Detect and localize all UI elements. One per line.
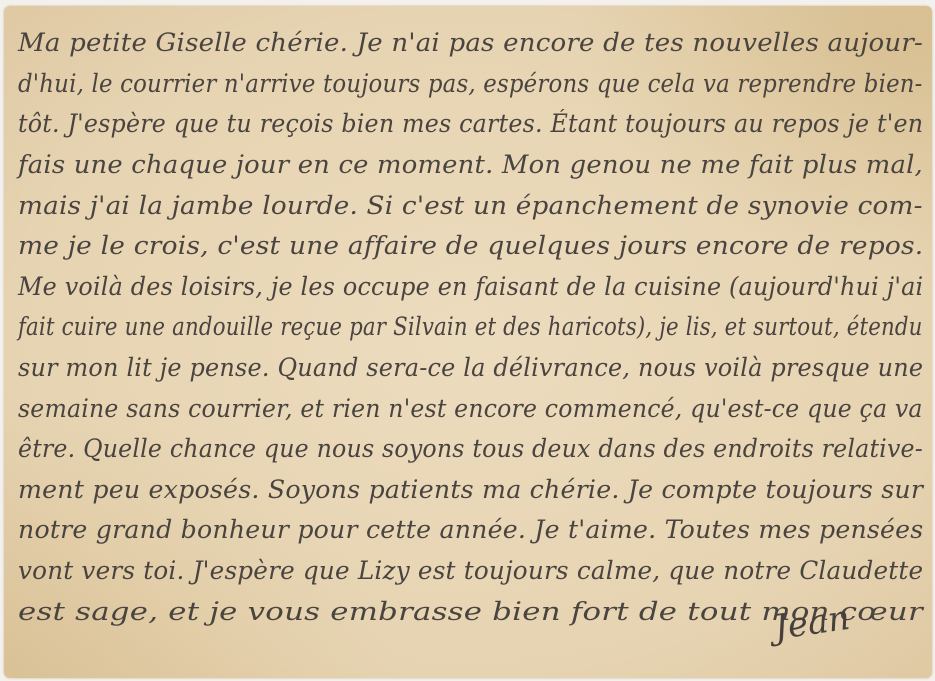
letter-line-13: notre grand bonheur pour cette année. Je… [18,515,923,544]
letter-line-2: d'hui, le courrier n'arrive toujours pas… [18,69,923,98]
letter-line-9: sur mon lit je pense. Quand sera-ce la d… [18,353,923,382]
letter-line-7: Me voilà des loisirs, je les occupe en f… [18,272,923,301]
letter-line-8: fait cuire une andouille reçue par Silva… [18,312,923,341]
letter-line-5: mais j'ai la jambe lourde. Si c'est un é… [18,191,923,220]
postcard: Ma petite Giselle chérie. Je n'ai pas en… [4,6,932,678]
letter-line-1: Ma petite Giselle chérie. Je n'ai pas en… [18,28,923,57]
letter-line-4: fais une chaque jour en ce moment. Mon g… [18,150,923,179]
letter-line-12: ment peu exposés. Soyons patients ma ché… [18,475,923,504]
letter-line-10: semaine sans courrier, et rien n'est enc… [18,394,923,423]
letter-line-11: être. Quelle chance que nous soyons tous… [18,434,923,463]
letter-line-14: vont vers toi. J'espère que Lizy est tou… [18,556,923,585]
letter-line-3: tôt. J'espère que tu reçois bien mes car… [18,109,923,138]
letter-line-6: me je le crois, c'est une affaire de que… [18,231,923,260]
